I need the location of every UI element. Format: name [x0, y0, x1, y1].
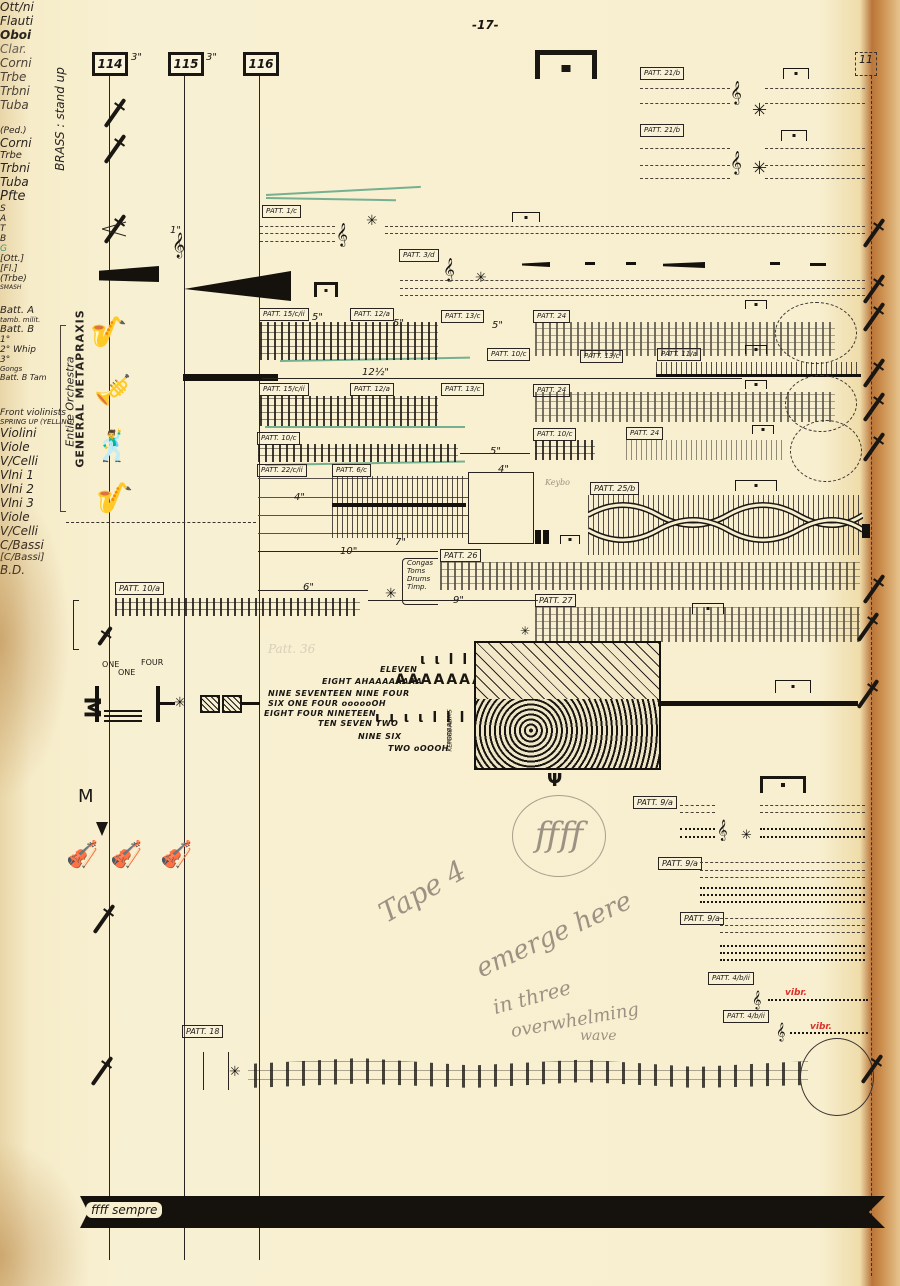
timing-pfte-4a: 4": [294, 492, 305, 503]
vlni3-tremolo-line: [720, 959, 865, 961]
dynamic-ffff-sempre: ffff sempre: [86, 1202, 162, 1218]
pattern-box-clar: PATT. 3/d: [399, 249, 439, 262]
pattern-box-batt-b: PATT. 10/a: [115, 582, 164, 595]
vlni3-staff-lines: [720, 925, 865, 927]
ott-staff-lines: [765, 103, 865, 105]
trbe-tremolo-bar: [656, 362, 861, 374]
fermata-bracket: [314, 282, 338, 297]
clar-note-icon: 𝄞: [172, 235, 185, 257]
fl-staff-lines: [640, 178, 730, 180]
pfte-10-arrow: [258, 551, 438, 552]
vlni2-tremolo-line: [700, 901, 865, 903]
treble-clef-icon: 𝄞: [336, 222, 348, 246]
treble-clef-icon: 𝄞: [730, 150, 742, 174]
trumpet-player-figure-icon: 🎺: [94, 376, 131, 406]
metapraxis-line: [104, 720, 142, 722]
vibrato-mark-viole: vibr.: [785, 988, 807, 998]
trbni-note-cluster: [260, 396, 438, 426]
fermata-bracket: [692, 603, 724, 614]
fl-staff-lines: [765, 178, 865, 180]
pattern-box-pfte-3: PATT. 25/b: [590, 482, 639, 495]
fermata-bracket: [512, 212, 540, 222]
paper-stain: [0, 1140, 90, 1286]
pfte-end-block: [862, 524, 870, 538]
orchestra-held-bar: [658, 701, 858, 706]
vlni1-tremolo-line: [760, 828, 865, 830]
batt-b-note-cluster: [115, 598, 360, 616]
fermata-bracket: [745, 380, 767, 389]
metapraxis-line: [104, 710, 142, 712]
oboi-staff-lines: [385, 226, 865, 228]
fermata-bracket: [735, 480, 777, 491]
metapraxis-left-bar: [95, 686, 99, 722]
rehearsal-mark-next-partial: 11: [855, 52, 877, 76]
duration-114: 3": [131, 52, 142, 63]
fermata-bracket: [760, 776, 806, 793]
pattern-box-trbe-2: PATT. 13/c: [580, 350, 623, 363]
tuba-note-cluster: [626, 440, 786, 460]
pattern-box-vcelli: PATT. 4/b/ii: [723, 1010, 769, 1023]
pattern-box-oboi: PATT. 1/c: [262, 205, 301, 218]
clar-staff-lines: [400, 295, 865, 297]
pencil-patt-faint: Patt. 36: [268, 642, 315, 656]
pattern-box-trbni-2: PATT. 12/a: [350, 383, 394, 396]
tuba-note-cluster: [258, 444, 458, 462]
tuba-timing-arrow: [460, 453, 530, 454]
clar-note-dash: [770, 262, 780, 265]
standing-violinist-figure-icon: 🎻: [160, 840, 192, 870]
shout-line-8: TWO oOOOH: [388, 744, 449, 753]
fore-arms-block: [543, 530, 549, 544]
vlni2-staff-lines: [700, 877, 865, 879]
pencil-tape-4: Tape 4: [373, 854, 471, 930]
timing-trbe-12half: 12½": [362, 367, 389, 378]
fermata-bracket: [781, 130, 807, 141]
count-cue-one-2: ONE: [118, 668, 135, 677]
ott-staff-lines: [640, 103, 730, 105]
fermata-bracket: [783, 68, 809, 79]
tuba-note-cluster: [535, 440, 595, 460]
timing-pfte-4b: 4": [498, 464, 509, 475]
fermata-bracket: [560, 535, 580, 544]
vlni2-staff-lines: [700, 870, 865, 872]
dagger-icon: [93, 904, 116, 934]
treble-clef-icon: 𝄞: [717, 820, 728, 841]
pattern-box-tuba-3: PATT. 24: [626, 427, 663, 440]
crowd-illustration: [474, 641, 661, 770]
duration-115: 3": [206, 52, 217, 63]
timing-tuba-5: 5": [490, 446, 501, 457]
pfte-block: [468, 472, 534, 544]
asterisk-icon: ✳: [752, 158, 767, 179]
pattern-box-trbni-1: PATT. 15/c/ii: [259, 383, 309, 396]
cbassi-chord-bracket: [203, 1052, 229, 1090]
fl-staff-lines: [640, 148, 730, 150]
asterisk-icon: ✳: [520, 624, 530, 638]
batt-9-arrow: [368, 600, 538, 601]
entire-orchestra-label: Entire Orchestra: [64, 332, 77, 472]
vlni1-tremolo-line: [760, 836, 865, 838]
count-cue-one-1: ONE: [102, 660, 119, 669]
pattern-box-ott: PATT. 21/b: [640, 67, 684, 80]
vlni1-tremolo-line: [680, 828, 715, 830]
metapraxis-arrow-line: [160, 702, 175, 705]
shout-line-4: SIX ONE FOUR oooooOH: [268, 699, 386, 708]
batt-6-arrow: [258, 590, 368, 591]
batt-a-bracket: Congas Toms Drums Timp.: [402, 558, 438, 605]
timing-pfte-7: 7": [395, 537, 406, 548]
metapraxis-line: [104, 715, 142, 717]
vlni1-staff-lines: [760, 805, 865, 807]
pattern-box-trbe-3: PATT. 11/a: [657, 348, 701, 361]
label-keyboard: KEYBOARD: [447, 0, 454, 752]
pattern-box-fl: PATT. 21/b: [640, 124, 684, 137]
vlni3-tremolo-line: [720, 945, 865, 947]
count-cue-four: FOUR: [141, 658, 163, 667]
pattern-box-vlni3: PATT. 9/a: [680, 912, 724, 925]
fermata-bracket: [535, 50, 597, 79]
asterisk-icon: ✳: [752, 100, 767, 121]
fermata-bracket: [752, 425, 774, 434]
fl-staff-lines: [765, 148, 865, 150]
dagger-icon: [857, 679, 880, 709]
viole-tremolo-line: [768, 999, 868, 1001]
page-number: -17-: [472, 18, 499, 32]
pencil-circled-ffff: ffff: [535, 815, 583, 855]
psi-symbol-icon: Ψ: [547, 770, 562, 791]
metapraxis-arrow-line: [240, 702, 260, 705]
vlni1-staff-lines: [760, 812, 865, 814]
pencil-wave: wave: [580, 1028, 617, 1044]
pattern-box-batt-b-tam: PATT. 27: [535, 594, 576, 607]
brass-stand-up-instruction: BRASS : stand up: [53, 59, 67, 179]
pattern-box-corni-2: PATT. 12/a: [350, 308, 394, 321]
vlni2-staff-lines: [700, 862, 865, 864]
rehearsal-mark-115: 115: [168, 52, 204, 76]
ott-staff-lines: [765, 88, 865, 90]
shout-aha: AAAAAAA: [395, 672, 485, 688]
pattern-box-vlni2: PATT. 9/a: [658, 857, 702, 870]
corni-spiral-cluster: [775, 302, 857, 364]
clar-staff-lines: [400, 288, 865, 290]
fermata-bracket: [745, 300, 767, 309]
treble-clef-icon: 𝄞: [730, 80, 742, 104]
clar-note-dash: [626, 262, 636, 265]
horn-player-figure-icon: 🎷: [90, 318, 127, 348]
asterisk-icon: ✳: [741, 828, 752, 843]
shout-line-7: NINE SIX: [358, 732, 402, 741]
vlni2-tremolo-line: [700, 887, 865, 889]
timing-batt-6: 6": [303, 582, 314, 593]
timing-corni-5c: 5": [492, 320, 503, 331]
cbassi-wave-band: [248, 1058, 808, 1088]
pencil-emerge-here: emerge here: [472, 886, 637, 984]
vlni3-tremolo-line: [720, 952, 865, 954]
pencil-keyboard-faint: Keybo: [545, 478, 570, 487]
dagger-icon: [863, 574, 886, 604]
pattern-box-batt-a: PATT. 26: [440, 549, 481, 562]
vlni1-staff-lines: [680, 812, 715, 814]
asterisk-icon: ✳: [366, 213, 378, 229]
vlni3-staff-lines: [720, 918, 865, 920]
m-sign-icon: M: [78, 697, 103, 719]
shout-line-5: EIGHT FOUR NINETEEN: [264, 709, 376, 718]
oboi-staff-lines: [260, 226, 335, 228]
treble-clef-icon: 𝄞: [752, 990, 761, 1010]
oboi-staff-lines: [385, 233, 865, 235]
clar-note-dash: [810, 263, 826, 266]
dagger-icon: [97, 626, 113, 646]
oboi-staff-lines: [260, 233, 335, 235]
asterisk-icon: ✳: [174, 695, 186, 711]
fermata-bracket: [775, 680, 811, 693]
trbe-timing-arrow: [262, 378, 742, 379]
pattern-box-cbassi: PATT. 18: [182, 1025, 223, 1038]
clar-note-dash: [585, 262, 595, 265]
pattern-box-vlni1: PATT. 9/a: [633, 796, 677, 809]
vlni1-staff-lines: [680, 805, 715, 807]
vlni2-tremolo-line: [700, 894, 865, 896]
seated-violinist-figure-icon: 🎻: [66, 840, 98, 870]
batt-b-bracket: [73, 600, 79, 650]
corni-note-cluster: [260, 322, 438, 360]
fl-staff-lines: [765, 165, 865, 167]
fl-staff-lines: [640, 165, 730, 167]
fore-arms-block: [535, 530, 541, 544]
oboe-wedge-icon: [82, 222, 104, 234]
ott-staff-lines: [640, 88, 730, 90]
shout-line-3: NINE SEVENTEEN NINE FOUR: [268, 689, 410, 698]
vcelli-tremolo-line: [790, 1032, 868, 1034]
tuba-player-figure-icon: 🎷: [96, 484, 133, 514]
box-icon: [222, 695, 242, 713]
pattern-box-corni-1: PATT. 15/c/ii: [259, 308, 309, 321]
clar-staff-lines: [400, 280, 865, 282]
m-sign-icon: M: [78, 786, 94, 807]
asterisk-icon: ✳: [475, 270, 487, 286]
green-highlight: [265, 426, 465, 428]
paper-stain: [0, 480, 70, 800]
crowd-dancers: [476, 643, 659, 699]
batt-a-note-cluster: [440, 562, 860, 590]
pedal-dashed-line: [66, 522, 256, 523]
vlni1-tremolo-line: [680, 836, 715, 838]
rehearsal-mark-116: 116: [243, 52, 279, 76]
fermata-bracket: [745, 345, 767, 354]
bass-drum-held-bar: [80, 1196, 885, 1228]
barline-117-dashed: [871, 76, 872, 1276]
vlni3-staff-lines: [720, 932, 865, 934]
arrow-down-icon: [96, 822, 108, 836]
oboi-staff-lines: [260, 241, 335, 243]
asterisk-icon: ✳: [229, 1064, 241, 1080]
pfte-braid-icon: [588, 500, 863, 545]
pattern-box-trbe-1: PATT. 10/c: [487, 348, 530, 361]
dagger-icon: [857, 612, 880, 642]
seated-violinist-figure-icon: 🎻: [110, 840, 142, 870]
pattern-box-pfte-1: PATT. 22/c/ii: [257, 464, 307, 477]
box-icon: [200, 695, 220, 713]
pattern-box-viole: PATT. 4/b/ii: [708, 972, 754, 985]
treble-clef-icon: 𝄞: [776, 1022, 785, 1042]
rehearsal-mark-114: 114: [92, 52, 128, 76]
tuba-spiral-cluster: [790, 420, 862, 482]
vibrato-mark-vcelli: vibr.: [810, 1022, 832, 1032]
trombone-player-figure-icon: 🕺: [94, 432, 131, 462]
